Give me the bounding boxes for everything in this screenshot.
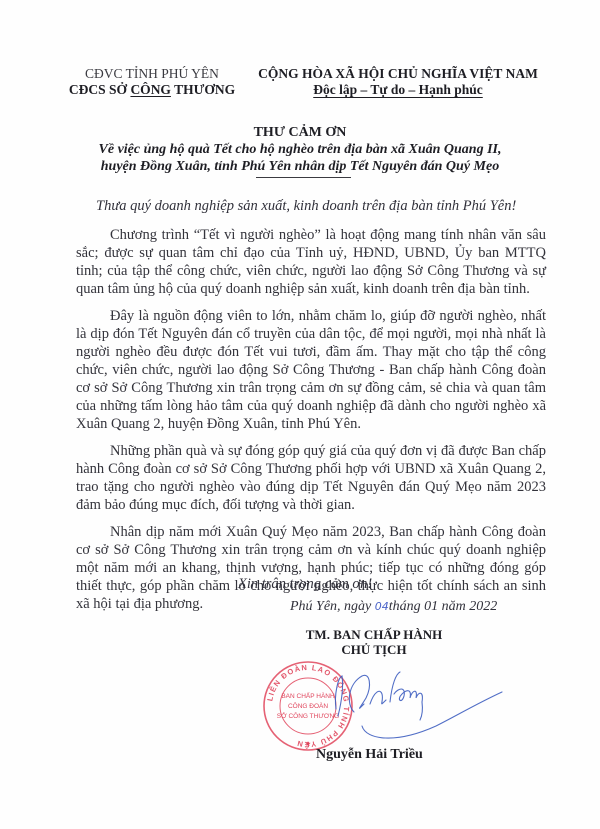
- letter-subject: Về việc ủng hộ quà Tết cho hộ nghèo trên…: [60, 141, 540, 175]
- national-motto: Độc lập – Tự do – Hạnh phúc: [248, 82, 548, 98]
- signer-name: Nguyễn Hải Triều: [316, 747, 423, 763]
- org-parent: CĐVC TỈNH PHÚ YÊN: [62, 66, 242, 82]
- org-name: CĐCS SỞ CÔNG THƯƠNG: [62, 82, 242, 98]
- closing-line: Xin trân trọng cảm ơn!: [238, 576, 372, 593]
- letter-body: Chương trình “Tết vì người nghèo” là hoạ…: [76, 226, 546, 622]
- national-header: CỘNG HÒA XÃ HỘI CHỦ NGHĨA VIỆT NAM Độc l…: [248, 66, 548, 98]
- handwritten-day: 04: [375, 600, 389, 613]
- svg-text:CÔNG ĐOÀN: CÔNG ĐOÀN: [288, 701, 328, 710]
- paragraph: Chương trình “Tết vì người nghèo” là hoạ…: [76, 226, 546, 298]
- letter-page: CĐVC TỈNH PHÚ YÊN CĐCS SỞ CÔNG THƯƠNG CỘ…: [0, 0, 600, 829]
- signature-title: TM. BAN CHẤP HÀNH CHỦ TỊCH: [300, 627, 448, 657]
- handwritten-signature-icon: [326, 664, 506, 744]
- letter-title: THƯ CẢM ƠN: [60, 125, 540, 141]
- salutation: Thưa quý doanh nghiệp sản xuất, kinh doa…: [96, 198, 556, 215]
- paragraph: Đây là nguồn động viên to lớn, nhằm chăm…: [76, 307, 546, 433]
- svg-text:★: ★: [305, 740, 311, 748]
- subject-divider: [256, 177, 351, 178]
- paragraph: Những phần quà và sự đóng góp quý giá củ…: [76, 442, 546, 514]
- nation-name: CỘNG HÒA XÃ HỘI CHỦ NGHĨA VIỆT NAM: [248, 66, 548, 82]
- issuing-organization: CĐVC TỈNH PHÚ YÊN CĐCS SỞ CÔNG THƯƠNG: [62, 66, 242, 98]
- date-line: Phú Yên, ngày 04tháng 01 năm 2022: [290, 599, 497, 615]
